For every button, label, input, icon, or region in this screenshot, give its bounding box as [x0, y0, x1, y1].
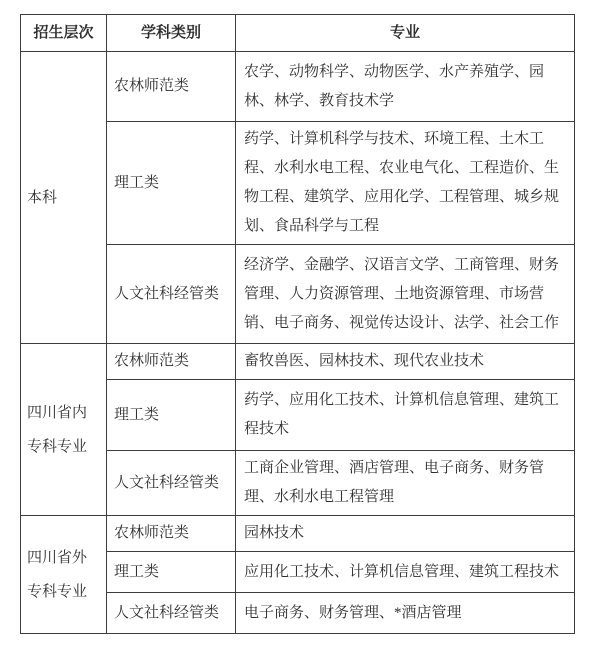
majors-cell: 农学、动物科学、动物医学、水产养殖学、园林、林学、教育技术学	[236, 52, 575, 122]
category-cell: 人文社科经管类	[107, 593, 236, 634]
level-cell-shengnei-zhuanke: 四川省内 专科专业	[21, 344, 107, 516]
table-row: 本科 农林师范类 农学、动物科学、动物医学、水产养殖学、园林、林学、教育技术学	[21, 52, 575, 122]
level-cell-shengwai-zhuanke: 四川省外 专科专业	[21, 516, 107, 634]
level-cell-benke: 本科	[21, 52, 107, 344]
document-page: 招生层次 学科类别 专业 本科 农林师范类 农学、动物科学、动物医学、水产养殖学…	[0, 0, 599, 647]
category-cell: 人文社科经管类	[107, 451, 236, 516]
majors-cell: 药学、计算机科学与技术、环境工程、土木工程、水利水电工程、农业电气化、工程造价、…	[236, 122, 575, 245]
majors-cell: 药学、应用化工技术、计算机信息管理、建筑工程技术	[236, 380, 575, 451]
category-cell: 农林师范类	[107, 52, 236, 122]
majors-cell: 园林技术	[236, 516, 575, 552]
category-cell: 理工类	[107, 122, 236, 245]
category-cell: 理工类	[107, 552, 236, 593]
majors-cell: 工商企业管理、酒店管理、电子商务、财务管理、水利水电工程管理	[236, 451, 575, 516]
header-row: 招生层次 学科类别 专业	[21, 15, 575, 52]
header-subject-category: 学科类别	[107, 15, 236, 52]
category-cell: 农林师范类	[107, 344, 236, 380]
majors-cell: 畜牧兽医、园林技术、现代农业技术	[236, 344, 575, 380]
admissions-majors-table: 招生层次 学科类别 专业 本科 农林师范类 农学、动物科学、动物医学、水产养殖学…	[20, 14, 575, 634]
category-cell: 理工类	[107, 380, 236, 451]
category-cell: 人文社科经管类	[107, 245, 236, 344]
header-majors: 专业	[236, 15, 575, 52]
header-enrollment-level: 招生层次	[21, 15, 107, 52]
majors-cell: 经济学、金融学、汉语言文学、工商管理、财务管理、人力资源管理、土地资源管理、市场…	[236, 245, 575, 344]
table-row: 四川省内 专科专业 农林师范类 畜牧兽医、园林技术、现代农业技术	[21, 344, 575, 380]
majors-cell: 电子商务、财务管理、*酒店管理	[236, 593, 575, 634]
table-row: 四川省外 专科专业 农林师范类 园林技术	[21, 516, 575, 552]
category-cell: 农林师范类	[107, 516, 236, 552]
majors-cell: 应用化工技术、计算机信息管理、建筑工程技术	[236, 552, 575, 593]
